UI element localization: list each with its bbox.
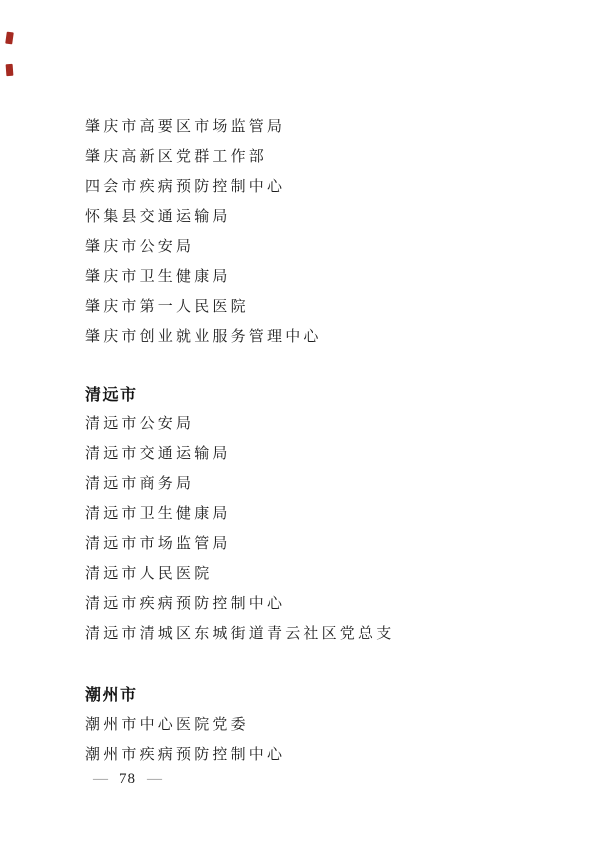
org-list-item: 怀集县交通运输局	[85, 202, 322, 232]
org-list-qingyuan: 清远市公安局 清远市交通运输局 清远市商务局 清远市卫生健康局 清远市市场监管局…	[85, 409, 394, 649]
org-list-item: 清远市清城区东城街道青云社区党总支	[85, 619, 394, 649]
org-list-item: 肇庆高新区党群工作部	[85, 142, 322, 172]
org-list-item: 四会市疾病预防控制中心	[85, 172, 322, 202]
red-artifact-mark-2	[6, 64, 14, 76]
section-heading-chaozhou: 潮州市	[85, 681, 138, 711]
document-page: 肇庆市高要区市场监管局 肇庆高新区党群工作部 四会市疾病预防控制中心 怀集县交通…	[0, 0, 612, 859]
org-list-item: 清远市疾病预防控制中心	[85, 589, 394, 619]
org-list-item: 清远市交通运输局	[85, 439, 394, 469]
org-list-item: 清远市卫生健康局	[85, 499, 394, 529]
org-list-chaozhou: 潮州市中心医院党委 潮州市疾病预防控制中心	[85, 710, 285, 770]
org-list-item: 肇庆市高要区市场监管局	[85, 112, 322, 142]
page-number: 78	[119, 772, 136, 787]
org-list-item: 潮州市中心医院党委	[85, 710, 285, 740]
org-list-item: 清远市商务局	[85, 469, 394, 499]
org-list-item: 肇庆市公安局	[85, 232, 322, 262]
footer-dash-left: —	[93, 772, 108, 787]
org-list-item: 潮州市疾病预防控制中心	[85, 740, 285, 770]
org-list-item: 清远市人民医院	[85, 559, 394, 589]
org-list-item: 清远市市场监管局	[85, 529, 394, 559]
org-list-item: 肇庆市第一人民医院	[85, 292, 322, 322]
page-footer: — 78 —	[93, 772, 162, 787]
org-list-item: 肇庆市卫生健康局	[85, 262, 322, 292]
red-artifact-mark-1	[5, 32, 14, 45]
org-list-zhaoqing: 肇庆市高要区市场监管局 肇庆高新区党群工作部 四会市疾病预防控制中心 怀集县交通…	[85, 112, 322, 352]
section-heading-qingyuan: 清远市	[85, 381, 138, 411]
footer-dash-right: —	[147, 772, 162, 787]
org-list-item: 清远市公安局	[85, 409, 394, 439]
org-list-item: 肇庆市创业就业服务管理中心	[85, 322, 322, 352]
